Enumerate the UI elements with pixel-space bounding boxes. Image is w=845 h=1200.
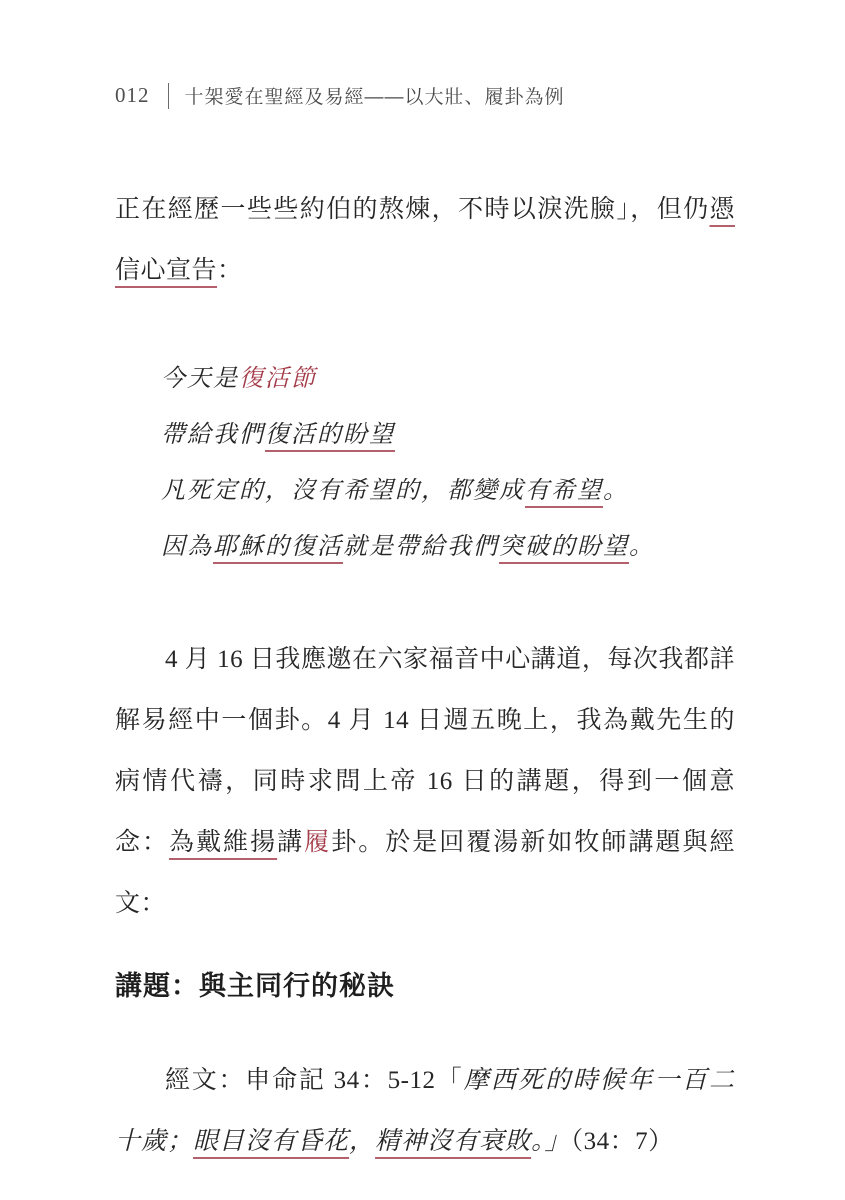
running-header: 012 十架愛在聖經及易經——以大壯、履卦為例: [115, 82, 735, 109]
poem-line3-underlined-phrase: 有希望: [525, 478, 603, 504]
scripture-quote-comma: ，: [349, 1128, 375, 1155]
scripture-paragraph: 經文：申命記 34：5-12「摩西死的時候年一百二十歲；眼目沒有昏花，精神沒有衰…: [115, 1050, 735, 1172]
intro-text-end: ：: [217, 257, 243, 284]
sermon-title-heading: 講題：與主同行的秘訣: [115, 966, 735, 1006]
header-divider: [168, 83, 169, 109]
poem-line-3: 凡死定的，沒有希望的，都變成有希望。: [161, 463, 735, 519]
running-title: 十架愛在聖經及易經——以大壯、履卦為例: [185, 82, 565, 109]
poem-line4-text-end: 。: [629, 534, 655, 560]
narrative-red-character: 履: [304, 829, 331, 856]
book-page: 012 十架愛在聖經及易經——以大壯、履卦為例 正在經歷一些些約伯的熬煉，不時以…: [0, 0, 845, 1200]
narrative-underlined-phrase: 為戴維揚: [169, 829, 277, 856]
scripture-quote-end: 。」: [531, 1128, 571, 1155]
scripture-label: 經文：申命記 34：5-12「: [165, 1067, 464, 1094]
narrative-text: 4 月 16 日我應邀在六家福音中心講道，每次我都詳解易經中一個卦。4 月 14…: [115, 646, 735, 856]
scripture-underlined-phrase-2: 精神沒有衰敗: [375, 1128, 531, 1155]
poem-line3-text: 凡死定的，沒有希望的，都變成: [161, 478, 525, 504]
poem-line-4: 因為耶穌的復活就是帶給我們突破的盼望。: [161, 519, 735, 575]
scripture-reference: （34：7）: [571, 1128, 674, 1155]
poem-line-2: 帶給我們復活的盼望: [161, 407, 735, 463]
narrative-text-mid: 講: [277, 829, 304, 856]
scripture-underlined-phrase-1: 眼目沒有昏花: [193, 1128, 349, 1155]
intro-text: 正在經歷一些些約伯的熬煉，不時以淚洗臉」，但仍: [115, 196, 709, 223]
page-number: 012: [115, 83, 150, 108]
poem-line1-red-phrase: 復活節: [239, 366, 317, 392]
poem-line3-text-end: 。: [603, 478, 629, 504]
poem-line2-underlined-phrase: 復活的盼望: [265, 422, 395, 448]
poem-line4-text: 因為: [161, 534, 213, 560]
poem-line4-underlined-phrase-1: 耶穌的復活: [213, 534, 343, 560]
poem-line-1: 今天是復活節: [161, 351, 735, 407]
narrative-paragraph: 4 月 16 日我應邀在六家福音中心講道，每次我都詳解易經中一個卦。4 月 14…: [115, 629, 735, 934]
poem-line4-text-mid: 就是帶給我們: [343, 534, 499, 560]
intro-paragraph: 正在經歷一些些約伯的熬煉，不時以淚洗臉」，但仍憑信心宣告：: [115, 179, 735, 301]
poem-line2-text: 帶給我們: [161, 422, 265, 448]
poem-line4-underlined-phrase-2: 突破的盼望: [499, 534, 629, 560]
poem-line1-text: 今天是: [161, 366, 239, 392]
declaration-poem: 今天是復活節 帶給我們復活的盼望 凡死定的，沒有希望的，都變成有希望。 因為耶穌…: [161, 351, 735, 575]
